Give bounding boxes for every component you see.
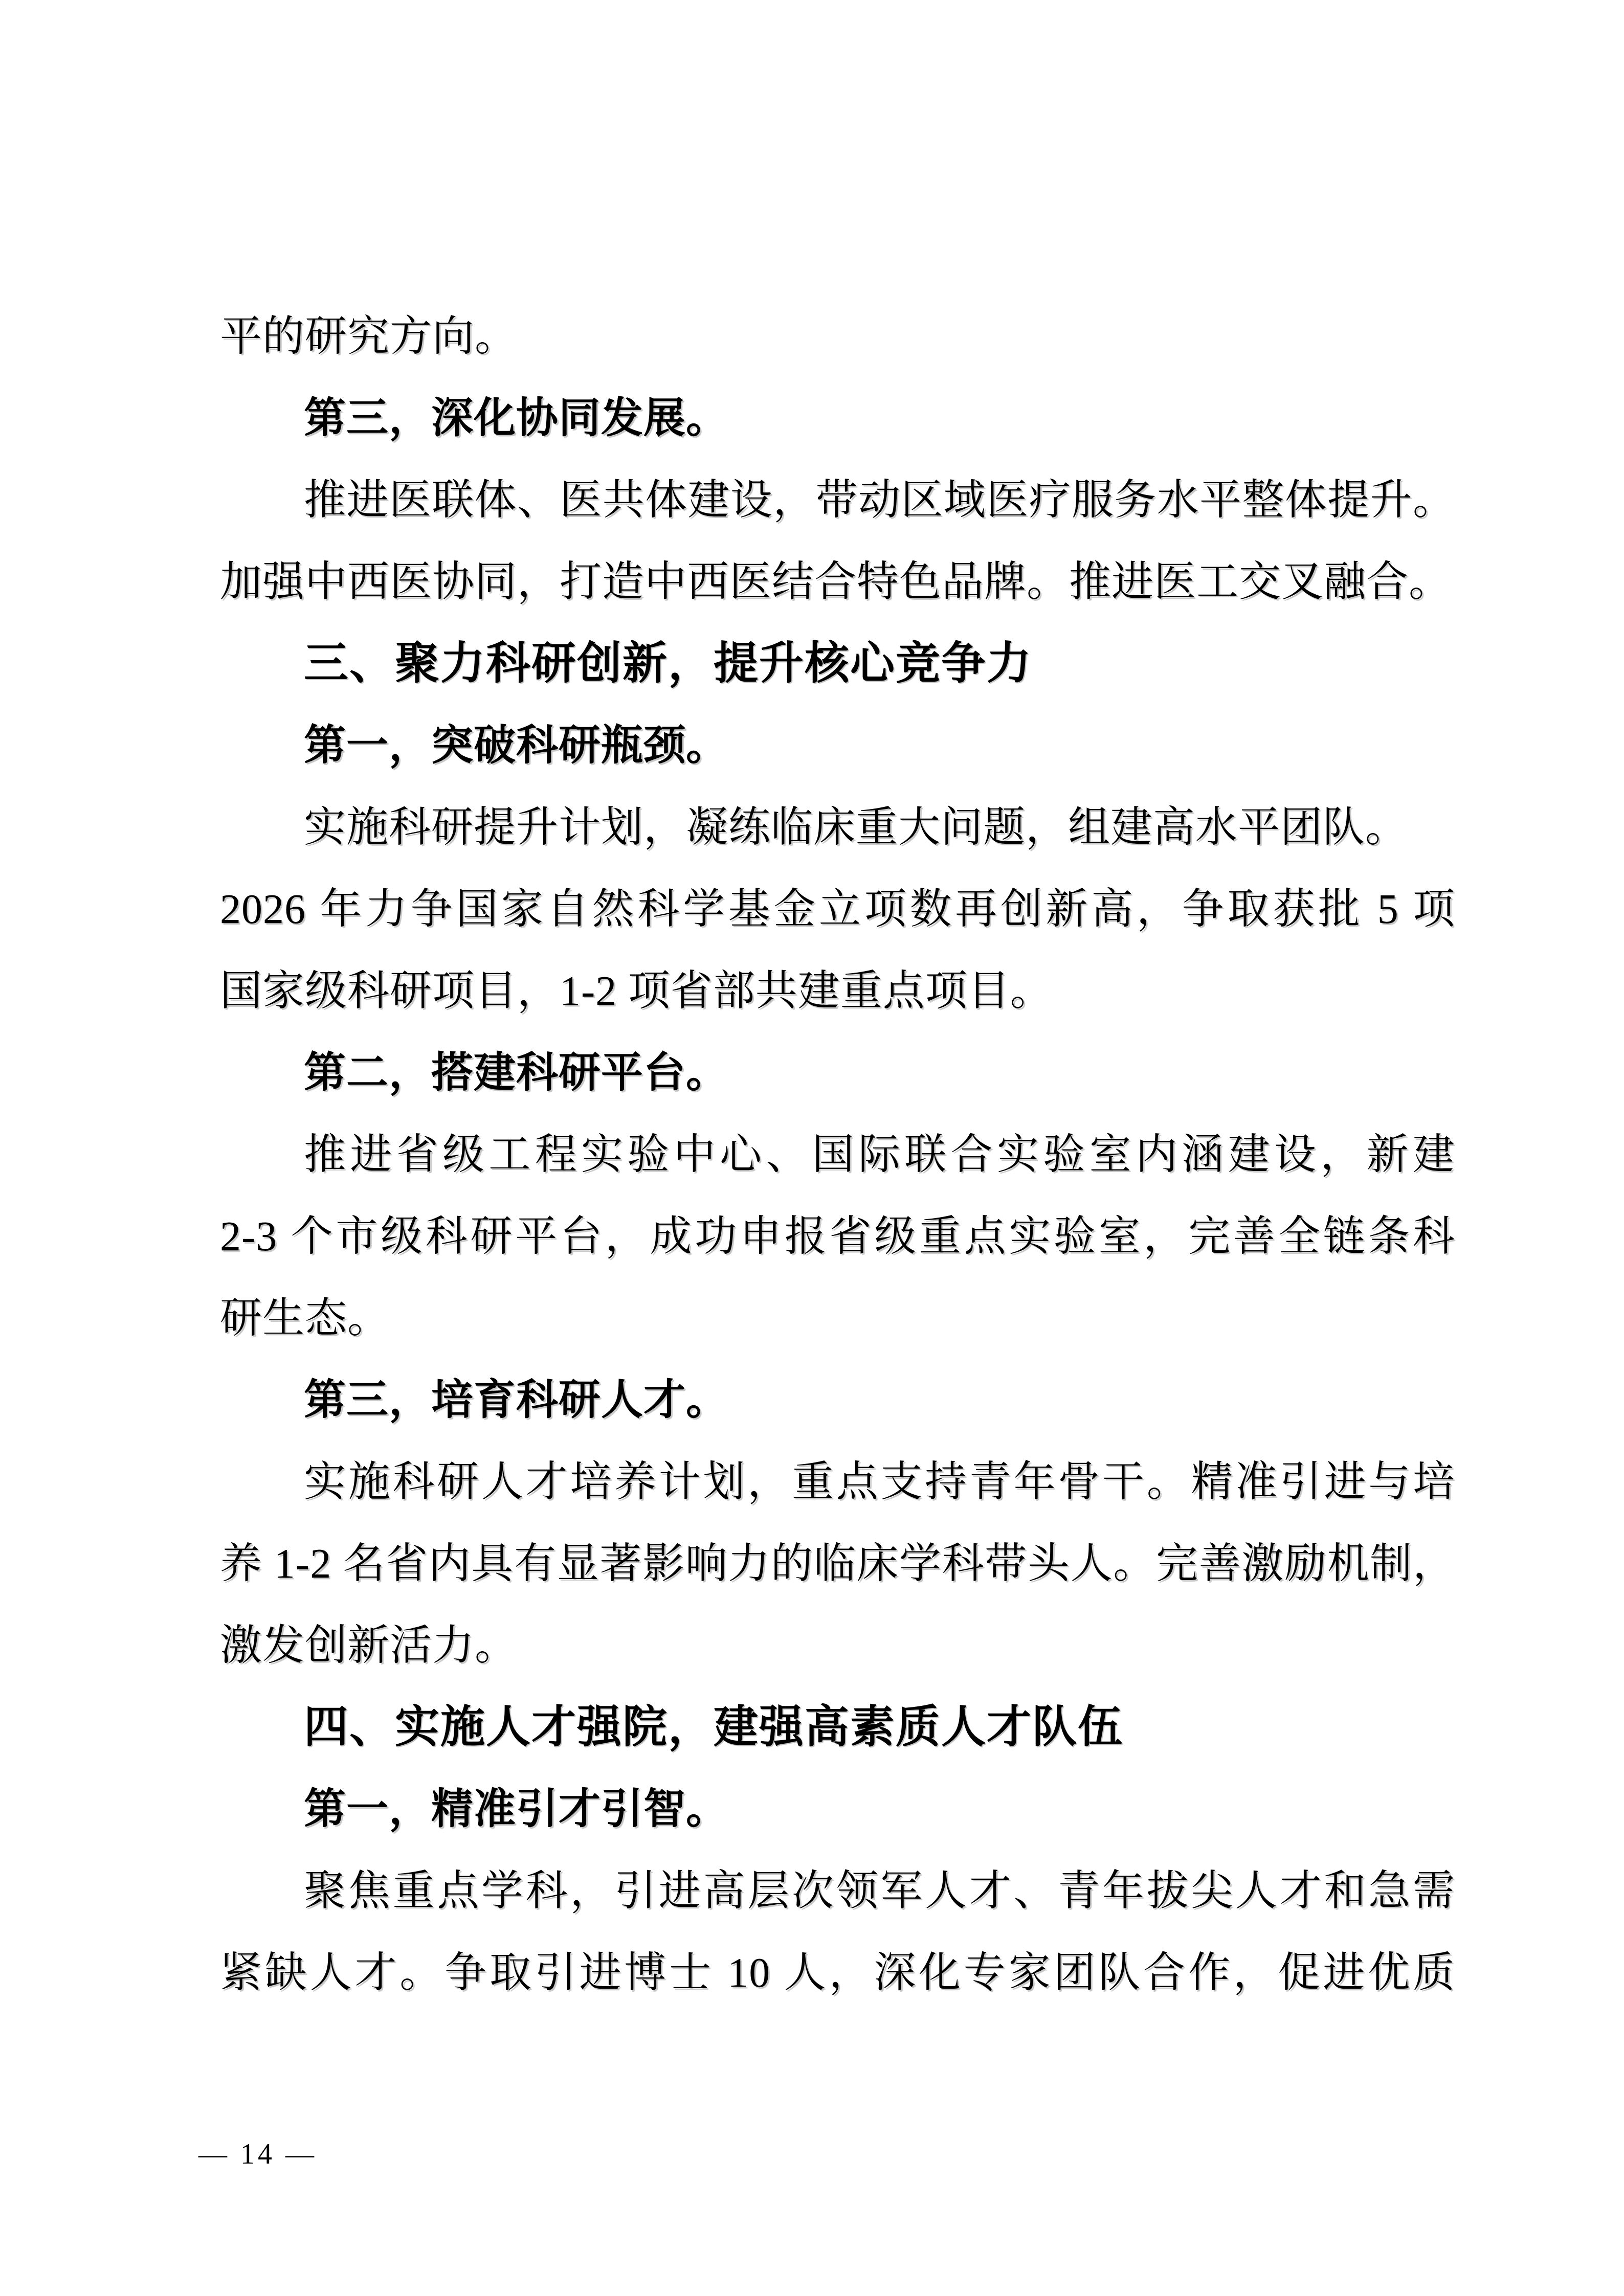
section-heading: 三、聚力科研创新，提升核心竞争力 bbox=[220, 623, 1455, 705]
paragraph-line: 2-3 个市级科研平台，成功申报省级重点实验室，完善全链条科 bbox=[220, 1196, 1455, 1277]
paragraph-line: 2026 年力争国家自然科学基金立项数再创新高，争取获批 5 项 bbox=[220, 868, 1455, 950]
paragraph-line: 研生态。 bbox=[220, 1277, 1455, 1359]
page-number: — 14 — bbox=[198, 2126, 317, 2182]
paragraph-line: 平的研究方向。 bbox=[220, 296, 1455, 377]
document-body: 平的研究方向。 第三，深化协同发展。 推进医联体、医共体建设，带动区域医疗服务水… bbox=[220, 296, 1455, 2014]
paragraph-line: 紧缺人才。争取引进博士 10 人，深化专家团队合作，促进优质 bbox=[220, 1932, 1455, 2014]
paragraph-line: 聚焦重点学科，引进高层次领军人才、青年拔尖人才和急需 bbox=[220, 1850, 1455, 1932]
paragraph-line: 养 1-2 名省内具有显著影响力的临床学科带头人。完善激励机制， bbox=[220, 1523, 1455, 1605]
sub-heading: 第一，突破科研瓶颈。 bbox=[220, 705, 1455, 786]
sub-heading: 第三，深化协同发展。 bbox=[220, 377, 1455, 459]
paragraph-line: 激发创新活力。 bbox=[220, 1605, 1455, 1686]
paragraph-line: 推进医联体、医共体建设，带动区域医疗服务水平整体提升。 bbox=[220, 459, 1455, 541]
sub-heading: 第二，搭建科研平台。 bbox=[220, 1032, 1455, 1114]
sub-heading: 第一，精准引才引智。 bbox=[220, 1768, 1455, 1850]
section-heading: 四、实施人才强院，建强高素质人才队伍 bbox=[220, 1686, 1455, 1768]
paragraph-line: 推进省级工程实验中心、国际联合实验室内涵建设，新建 bbox=[220, 1114, 1455, 1196]
paragraph-line: 实施科研提升计划，凝练临床重大问题，组建高水平团队。 bbox=[220, 786, 1455, 868]
sub-heading: 第三，培育科研人才。 bbox=[220, 1359, 1455, 1441]
paragraph-line: 国家级科研项目，1-2 项省部共建重点项目。 bbox=[220, 950, 1455, 1032]
paragraph-line: 实施科研人才培养计划，重点支持青年骨干。精准引进与培 bbox=[220, 1441, 1455, 1523]
paragraph-line: 加强中西医协同，打造中西医结合特色品牌。推进医工交叉融合。 bbox=[220, 541, 1455, 623]
document-page: 平的研究方向。 第三，深化协同发展。 推进医联体、医共体建设，带动区域医疗服务水… bbox=[0, 0, 1624, 2296]
